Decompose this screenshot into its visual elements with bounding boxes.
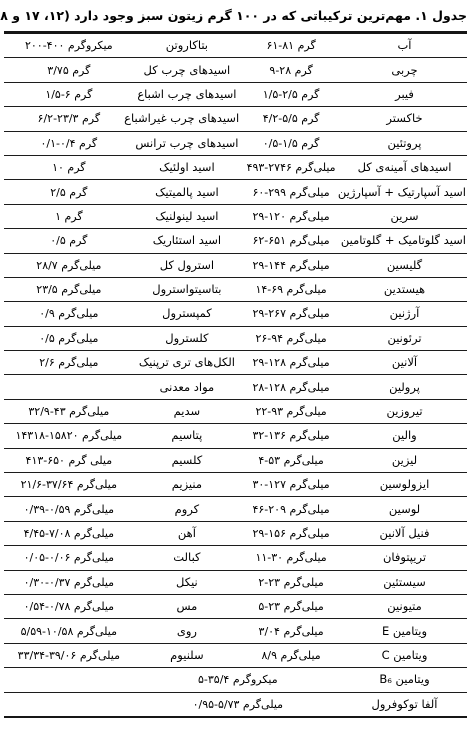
compound-name-cell: لوسین bbox=[342, 497, 467, 521]
value-cell: ۴-۵۳ میلی‌گرم bbox=[240, 448, 342, 472]
compound-name-cell: استرول کل bbox=[134, 253, 240, 277]
composition-table: آب۶۱-۸۱ گرمبتاکاروتن۲۰۰-۴۰۰ میکروگرمچربی… bbox=[4, 31, 467, 718]
compound-name-cell: فنیل آلانین bbox=[342, 521, 467, 545]
value-cell: ۳۳/۳۴-۳۹/۰۶ میلی‌گرم bbox=[4, 643, 134, 667]
compound-name-cell: خاکستر bbox=[342, 107, 467, 131]
value-cell: ۴/۲-۵/۵ گرم bbox=[240, 107, 342, 131]
value-cell bbox=[4, 668, 134, 692]
value-cell: ۳۰-۱۲۷ میلی‌گرم bbox=[240, 473, 342, 497]
compound-name-cell: والین bbox=[342, 424, 467, 448]
value-cell: ۲۱/۶-۳۷/۶۴ میلی‌گرم bbox=[4, 473, 134, 497]
value-cell bbox=[4, 375, 134, 399]
compound-name-cell: لیزین bbox=[342, 448, 467, 472]
compound-name-cell: آب bbox=[342, 33, 467, 58]
value-cell bbox=[4, 692, 134, 717]
table-body: آب۶۱-۸۱ گرمبتاکاروتن۲۰۰-۴۰۰ میکروگرمچربی… bbox=[4, 33, 467, 717]
table-row: لوسین۴۶-۲۰۹ میلی‌گرمکروم۰/۳۹-۰/۵۹ میلی‌گ… bbox=[4, 497, 467, 521]
value-cell: ۱۰ گرم bbox=[4, 155, 134, 179]
page: جدول ۱. مهم‌ترین ترکیباتی که در ۱۰۰ گرم … bbox=[0, 0, 471, 735]
value-cell: ۳۲/۹-۴۳ میلی‌گرم bbox=[4, 399, 134, 423]
table-row: فیبر۱/۵-۲/۵ گرماسیدهای چرب اشباع۱/۵-۶ گر… bbox=[4, 82, 467, 106]
compound-name-cell: اسیدهای چرب ترانس bbox=[134, 131, 240, 155]
value-cell: ۲۰۰-۴۰۰ میکروگرم bbox=[4, 33, 134, 58]
compound-name-cell: گلیسین bbox=[342, 253, 467, 277]
compound-name-cell: کروم bbox=[134, 497, 240, 521]
value-cell: ۲۳/۵ میلی‌گرم bbox=[4, 277, 134, 301]
table-row: تریپتوفان۱۱-۳۰ میلی‌گرمکبالت۰/۰۵-۰/۰۶ می… bbox=[4, 546, 467, 570]
value-cell: ۶/۲-۲۳/۳ گرم bbox=[4, 107, 134, 131]
table-row: ایزولوسین۳۰-۱۲۷ میلی‌گرممنیزیم۲۱/۶-۳۷/۶۴… bbox=[4, 473, 467, 497]
table-row: تیروزین۲۲-۹۳ میلی‌گرمسدیم۳۲/۹-۴۳ میلی‌گر… bbox=[4, 399, 467, 423]
compound-name-cell: چربی bbox=[342, 58, 467, 82]
value-cell: ۲۸/۷ میلی‌گرم bbox=[4, 253, 134, 277]
table-row: سیستئین۲-۲۳ میلی‌گرمنیکل۰/۳۰-۰/۳۷ میلی‌گ… bbox=[4, 570, 467, 594]
table-row: لیزین۴-۵۳ میلی‌گرمکلسیم۴۱۳-۶۵۰ میلی گرم bbox=[4, 448, 467, 472]
compound-name-cell: آلفا توکوفرول bbox=[342, 692, 467, 717]
compound-name-cell: سیستئین bbox=[342, 570, 467, 594]
compound-name-cell: اسیدهای چرب کل bbox=[134, 58, 240, 82]
value-cell: ۱ گرم bbox=[4, 204, 134, 228]
compound-name-cell: هیستدین bbox=[342, 277, 467, 301]
compound-name-cell: پتاسیم bbox=[134, 424, 240, 448]
compound-name-cell: بتاسیتواسترول bbox=[134, 277, 240, 301]
compound-name-cell: کلسترول bbox=[134, 326, 240, 350]
table-row: آب۶۱-۸۱ گرمبتاکاروتن۲۰۰-۴۰۰ میکروگرم bbox=[4, 33, 467, 58]
table-row: اسیدهای آمینه‌ی کل۴۹۳-۲۷۴۶ میلی‌گرماسید … bbox=[4, 155, 467, 179]
value-cell: ۱۴-۶۹ میلی‌گرم bbox=[240, 277, 342, 301]
value-cell: ۰/۳۰-۰/۳۷ میلی‌گرم bbox=[4, 570, 134, 594]
compound-name-cell: مس bbox=[134, 594, 240, 618]
compound-name-cell: ویتامین C bbox=[342, 643, 467, 667]
value-cell: ۶۱-۸۱ گرم bbox=[240, 33, 342, 58]
compound-name-cell: آلانین bbox=[342, 351, 467, 375]
value-cell: ۲/۵ گرم bbox=[4, 180, 134, 204]
value-cell: ۰/۵ میلی‌گرم bbox=[4, 326, 134, 350]
value-cell: ۵/۵۹-۱۰/۵۸ میلی‌گرم bbox=[4, 619, 134, 643]
value-cell: ۶۰-۲۹۹ میلی‌گرم bbox=[240, 180, 342, 204]
table-row: خاکستر۴/۲-۵/۵ گرماسیدهای چرب غیراشباع۶/۲… bbox=[4, 107, 467, 131]
table-row: والین۳۲-۱۳۶ میلی‌گرمپتاسیم۱۴۳۱۸-۱۵۸۲۰ می… bbox=[4, 424, 467, 448]
compound-name-cell: تریپتوفان bbox=[342, 546, 467, 570]
value-cell: ۰/۹ میلی‌گرم bbox=[4, 302, 134, 326]
value-cell: ۳۲-۱۳۶ میلی‌گرم bbox=[240, 424, 342, 448]
table-row: هیستدین۱۴-۶۹ میلی‌گرمبتاسیتواسترول۲۳/۵ م… bbox=[4, 277, 467, 301]
compound-name-cell: ویتامین E bbox=[342, 619, 467, 643]
table-row: اسید آسپارتیک + آسپارژین۶۰-۲۹۹ میلی‌گرما… bbox=[4, 180, 467, 204]
compound-name-cell: تیروزین bbox=[342, 399, 467, 423]
value-cell: ۲/۶ میلی‌گرم bbox=[4, 351, 134, 375]
value-cell: ۱۴۳۱۸-۱۵۸۲۰ میلی‌گرم bbox=[4, 424, 134, 448]
compound-name-cell: اسیدهای چرب اشباع bbox=[134, 82, 240, 106]
compound-name-cell: روی bbox=[134, 619, 240, 643]
value-cell: ۲۹-۱۴۴ میلی‌گرم bbox=[240, 253, 342, 277]
value-cell: ۸/۹ میلی‌گرم bbox=[240, 643, 342, 667]
table-row: آلانین۲۹-۱۲۸ میلی‌گرمالکل‌های تری ترپنیک… bbox=[4, 351, 467, 375]
value-cell: ۴۶-۲۰۹ میلی‌گرم bbox=[240, 497, 342, 521]
table-row: ویتامین E۳/۰۴ میلی‌گرمروی۵/۵۹-۱۰/۵۸ میلی… bbox=[4, 619, 467, 643]
table-row: گلیسین۲۹-۱۴۴ میلی‌گرماسترول کل۲۸/۷ میلی‌… bbox=[4, 253, 467, 277]
compound-name-cell: منیزیم bbox=[134, 473, 240, 497]
compound-name-cell: بتاکاروتن bbox=[134, 33, 240, 58]
compound-name-cell: پروتئین bbox=[342, 131, 467, 155]
compound-name-cell: نیکل bbox=[134, 570, 240, 594]
table-row: سرین۲۹-۱۲۰ میلی‌گرماسید لینولنیک۱ گرم bbox=[4, 204, 467, 228]
table-row: ویتامین B₆۵-۳۵/۴ میکروگرم bbox=[4, 668, 467, 692]
value-cell: ۰/۵ گرم bbox=[4, 229, 134, 253]
compound-name-cell: آهن bbox=[134, 521, 240, 545]
value-cell: ۰/۵۴-۰/۷۸ میلی‌گرم bbox=[4, 594, 134, 618]
compound-name-cell: کمپسترول bbox=[134, 302, 240, 326]
value-cell: ۱/۵-۲/۵ گرم bbox=[240, 82, 342, 106]
table-row: ترئونین۲۶-۹۴ میلی‌گرمکلسترول۰/۵ میلی‌گرم bbox=[4, 326, 467, 350]
value-cell: ۵-۲۳ میلی‌گرم bbox=[240, 594, 342, 618]
table-row: ویتامین C۸/۹ میلی‌گرمسلنیوم۳۳/۳۴-۳۹/۰۶ م… bbox=[4, 643, 467, 667]
table-row: چربی۹-۲۸ گرماسیدهای چرب کل۳/۷۵ گرم bbox=[4, 58, 467, 82]
table-row: پروتئین۰/۵-۱/۵ گرماسیدهای چرب ترانس۰/۱-۰… bbox=[4, 131, 467, 155]
value-cell: ۵-۳۵/۴ میکروگرم bbox=[134, 668, 342, 692]
compound-name-cell: ویتامین B₆ bbox=[342, 668, 467, 692]
compound-name-cell: اسید استئاریک bbox=[134, 229, 240, 253]
table-row: آلفا توکوفرول۰/۹۵-۵/۷۳ میلی‌گرم bbox=[4, 692, 467, 717]
compound-name-cell: اسیدهای چرب غیراشباع bbox=[134, 107, 240, 131]
value-cell: ۲۶-۹۴ میلی‌گرم bbox=[240, 326, 342, 350]
compound-name-cell: اسید آسپارتیک + آسپارژین bbox=[342, 180, 467, 204]
value-cell: ۲۲-۹۳ میلی‌گرم bbox=[240, 399, 342, 423]
value-cell: ۳/۰۴ میلی‌گرم bbox=[240, 619, 342, 643]
value-cell: ۰/۱-۰/۴ گرم bbox=[4, 131, 134, 155]
table-row: اسید گلوتامیک + گلوتامین۶۲-۶۵۱ میلی‌گرما… bbox=[4, 229, 467, 253]
compound-name-cell: اسید گلوتامیک + گلوتامین bbox=[342, 229, 467, 253]
compound-name-cell: پرولین bbox=[342, 375, 467, 399]
compound-name-cell: ایزولوسین bbox=[342, 473, 467, 497]
compound-name-cell: الکل‌های تری ترپنیک bbox=[134, 351, 240, 375]
value-cell: ۹-۲۸ گرم bbox=[240, 58, 342, 82]
compound-name-cell: سلنیوم bbox=[134, 643, 240, 667]
table-row: متیونین۵-۲۳ میلی‌گرممس۰/۵۴-۰/۷۸ میلی‌گرم bbox=[4, 594, 467, 618]
value-cell: ۰/۵-۱/۵ گرم bbox=[240, 131, 342, 155]
value-cell: ۲۹-۱۵۶ میلی‌گرم bbox=[240, 521, 342, 545]
compound-name-cell: آرژنین bbox=[342, 302, 467, 326]
value-cell: ۰/۰۵-۰/۰۶ میلی‌گرم bbox=[4, 546, 134, 570]
compound-name-cell: سرین bbox=[342, 204, 467, 228]
compound-name-cell: فیبر bbox=[342, 82, 467, 106]
table-title: جدول ۱. مهم‌ترین ترکیباتی که در ۱۰۰ گرم … bbox=[4, 2, 467, 31]
value-cell: ۴۱۳-۶۵۰ میلی گرم bbox=[4, 448, 134, 472]
value-cell: ۲۹-۱۲۸ میلی‌گرم bbox=[240, 351, 342, 375]
table-row: پرولین۲۸-۱۲۸ میلی‌گرممواد معدنی bbox=[4, 375, 467, 399]
value-cell: ۲۹-۲۶۷ میلی‌گرم bbox=[240, 302, 342, 326]
value-cell: ۶۲-۶۵۱ میلی‌گرم bbox=[240, 229, 342, 253]
compound-name-cell: اسید اولئیک bbox=[134, 155, 240, 179]
compound-name-cell: مواد معدنی bbox=[134, 375, 240, 399]
value-cell: ۲۸-۱۲۸ میلی‌گرم bbox=[240, 375, 342, 399]
value-cell: ۳/۷۵ گرم bbox=[4, 58, 134, 82]
value-cell: ۰/۳۹-۰/۵۹ میلی‌گرم bbox=[4, 497, 134, 521]
compound-name-cell: متیونین bbox=[342, 594, 467, 618]
value-cell: ۴۹۳-۲۷۴۶ میلی‌گرم bbox=[240, 155, 342, 179]
table-row: آرژنین۲۹-۲۶۷ میلی‌گرمکمپسترول۰/۹ میلی‌گر… bbox=[4, 302, 467, 326]
compound-name-cell: اسید لینولنیک bbox=[134, 204, 240, 228]
compound-name-cell: سدیم bbox=[134, 399, 240, 423]
value-cell: ۲۹-۱۲۰ میلی‌گرم bbox=[240, 204, 342, 228]
value-cell: ۱۱-۳۰ میلی‌گرم bbox=[240, 546, 342, 570]
value-cell: ۰/۹۵-۵/۷۳ میلی‌گرم bbox=[134, 692, 342, 717]
compound-name-cell: کلسیم bbox=[134, 448, 240, 472]
value-cell: ۱/۵-۶ گرم bbox=[4, 82, 134, 106]
value-cell: ۲-۲۳ میلی‌گرم bbox=[240, 570, 342, 594]
value-cell: ۴/۴۵-۷/۰۸ میلی‌گرم bbox=[4, 521, 134, 545]
compound-name-cell: ترئونین bbox=[342, 326, 467, 350]
compound-name-cell: اسیدهای آمینه‌ی کل bbox=[342, 155, 467, 179]
table-row: فنیل آلانین۲۹-۱۵۶ میلی‌گرمآهن۴/۴۵-۷/۰۸ م… bbox=[4, 521, 467, 545]
compound-name-cell: کبالت bbox=[134, 546, 240, 570]
compound-name-cell: اسید پالمیتیک bbox=[134, 180, 240, 204]
